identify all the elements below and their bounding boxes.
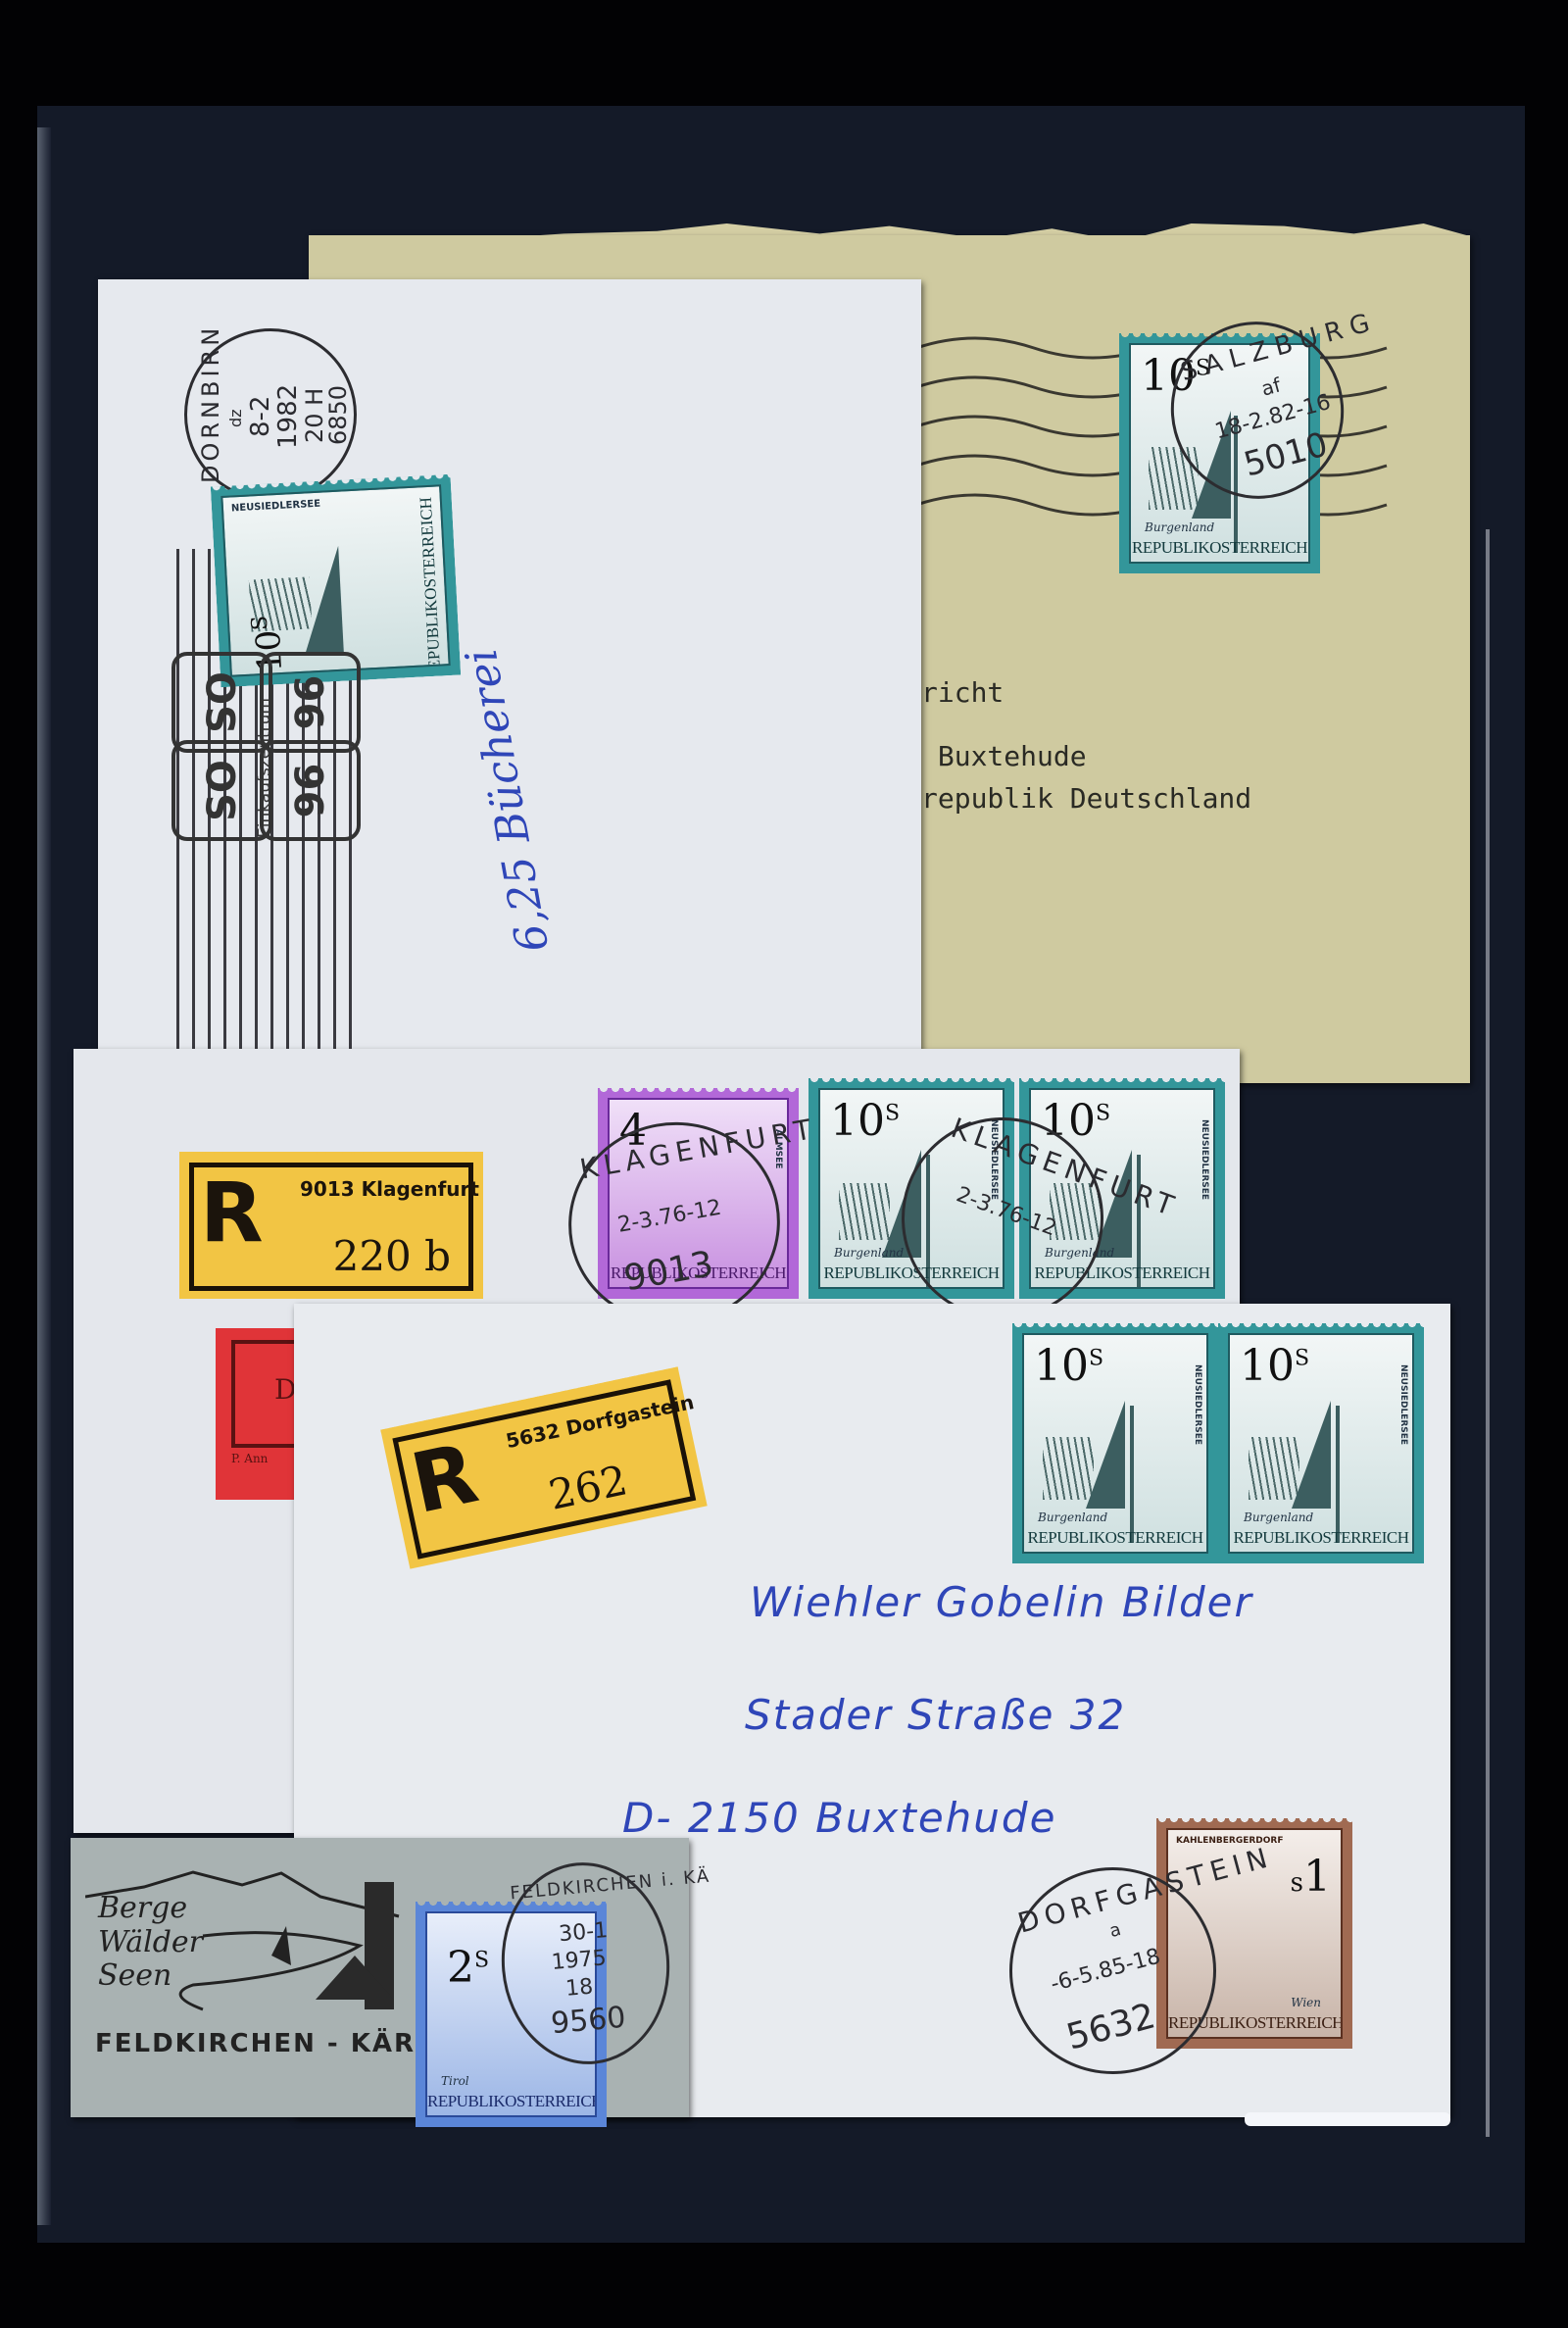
- address-line-2: Stader Straße 32: [745, 1691, 1126, 1739]
- address-line-2: Buxtehude: [921, 740, 1087, 772]
- stamp-denomination: 1: [1303, 1852, 1331, 1902]
- stamp-unit: S: [1096, 1101, 1110, 1125]
- postmark-date: -6-5.85-18: [1049, 1946, 1163, 1996]
- stamp-region: Wien: [1291, 1996, 1321, 2009]
- registration-letter: R: [200, 1171, 264, 1254]
- stamp-denomination: 10: [1034, 1341, 1089, 1391]
- stamp-denomination: 10: [830, 1096, 885, 1146]
- postmark-date: 2-3.76-12: [616, 1198, 723, 1237]
- postmark-year: 1982: [275, 384, 301, 449]
- stamp-country: REPUBLIKOSTERREICH: [427, 2092, 595, 2111]
- stamp-scene-name: NEUSIEDLERSEE: [1398, 1364, 1408, 1445]
- handwritten-note: 6,25 Bücherei: [457, 645, 560, 956]
- stamp-scene-name: NEUSIEDLERSEE: [1200, 1119, 1209, 1200]
- stamp-region: Burgenland: [1244, 1511, 1313, 1524]
- stamp-country: REPUBLIKOSTERREICH: [416, 497, 446, 677]
- postmark-date: 2-3.76-12: [954, 1184, 1059, 1240]
- stamp-denomination: 2: [447, 1943, 474, 1993]
- postmark-postcode: 9013: [621, 1247, 715, 1297]
- express-label: D P. Ann: [216, 1328, 296, 1500]
- slogan-line: Wälder: [98, 1926, 203, 1960]
- postmark-postcode: 5010: [1241, 427, 1331, 481]
- postmark-date: 30-1: [558, 1920, 609, 1946]
- address-line-1: Wiehler Gobelin Bilder: [750, 1578, 1253, 1626]
- stamp-10s-neusiedlersee: 10S NEUSIEDLERSEE Burgenland REPUBLIKOST…: [1218, 1323, 1424, 1563]
- stamp-region: Burgenland: [1145, 520, 1214, 534]
- stamp-unit: S: [1089, 1346, 1103, 1370]
- address-line-3: D- 2150 Buxtehude: [622, 1794, 1056, 1842]
- dorfgastein-postmark: DORFGASTEIN a -6-5.85-18 5632: [986, 1844, 1239, 2097]
- stamp-unit: S: [248, 615, 273, 630]
- album-edge: [37, 127, 51, 2225]
- slogan-line: Berge: [98, 1892, 203, 1926]
- slogan-number: 96: [260, 652, 361, 753]
- dornbirn-cover: DORNBIRN dz 8-2 1982 20 H 6850 NEUSIEDLE…: [98, 279, 921, 1054]
- registration-office: 9013 Klagenfurt: [300, 1177, 479, 1201]
- feldkirchen-piece: Berge Wälder Seen FELDKIRCHEN - KÄRNTEN …: [71, 1838, 689, 2117]
- stamp-unit: S: [1295, 1346, 1309, 1370]
- stamp-region: Burgenland: [1038, 1511, 1107, 1524]
- registration-number: 262: [545, 1456, 632, 1519]
- stamp-scene-name: NEUSIEDLERSEE: [231, 499, 321, 515]
- stamp-scene-name: NEUSIEDLERSEE: [1193, 1364, 1202, 1445]
- slogan-line: Seen: [98, 1959, 203, 1994]
- registration-number: 220 b: [333, 1232, 451, 1280]
- express-footer: P. Ann: [231, 1452, 296, 1465]
- postmark-city: DORNBIRN: [199, 324, 222, 483]
- registration-label-dorfgastein: R 5632 Dorfgastein 262: [380, 1366, 707, 1568]
- stamp-country: REPUBLIKOSTERREICH: [1230, 1528, 1412, 1548]
- postmark-year: 1975: [551, 1948, 608, 1974]
- stamp-country: REPUBLIKOSTERREICH: [1131, 538, 1308, 558]
- light-reflection: [1245, 2112, 1450, 2126]
- registration-label-klagenfurt: R 9013 Klagenfurt 220 b: [179, 1152, 483, 1299]
- dornbirn-postmark: DORNBIRN dz 8-2 1982 20 H 6850: [184, 328, 357, 501]
- slogan-cancel-text: Berge Wälder Seen: [98, 1892, 203, 1994]
- postmark-city: FELDKIRCHEN i. KÄ: [510, 1868, 711, 1904]
- postmark-line: af: [1259, 374, 1283, 398]
- express-letter: D: [231, 1340, 296, 1448]
- stamp-10s-neusiedlersee: 10S NEUSIEDLERSEE Burgenland REPUBLIKOST…: [1012, 1323, 1218, 1563]
- stamp-denomination: 10: [1240, 1341, 1295, 1391]
- stamp-region: Burgenland: [834, 1246, 904, 1260]
- postmark-postcode: 6850: [326, 385, 350, 445]
- postmark-date: 8-2: [248, 396, 273, 437]
- postmark-time: 20 H: [303, 388, 326, 443]
- postmark-postcode: 9560: [550, 2004, 627, 2040]
- stamp-region: Tirol: [441, 2074, 469, 2088]
- postmark-line: a: [1107, 1921, 1122, 1941]
- stamp-unit: S: [474, 1948, 489, 1972]
- church-roof: [316, 1956, 394, 2000]
- stamp-unit: S: [885, 1101, 900, 1125]
- registration-office: 5632 Dorfgastein: [504, 1390, 696, 1453]
- album-strip-edge: [1486, 529, 1490, 2137]
- slogan-text: Einkaufszentrum: [255, 652, 274, 838]
- postmark-code: dz: [228, 409, 244, 427]
- address-line-3: republik Deutschland: [921, 782, 1251, 815]
- registration-letter: R: [405, 1432, 484, 1526]
- postmark-time: 18: [564, 1976, 594, 2000]
- stamp-country: REPUBLIKOSTERREICH: [1024, 1528, 1206, 1548]
- postmark-postcode: 5632: [1063, 1999, 1159, 2056]
- slogan-number: 96: [260, 740, 361, 841]
- address-line-1: richt: [921, 676, 1004, 709]
